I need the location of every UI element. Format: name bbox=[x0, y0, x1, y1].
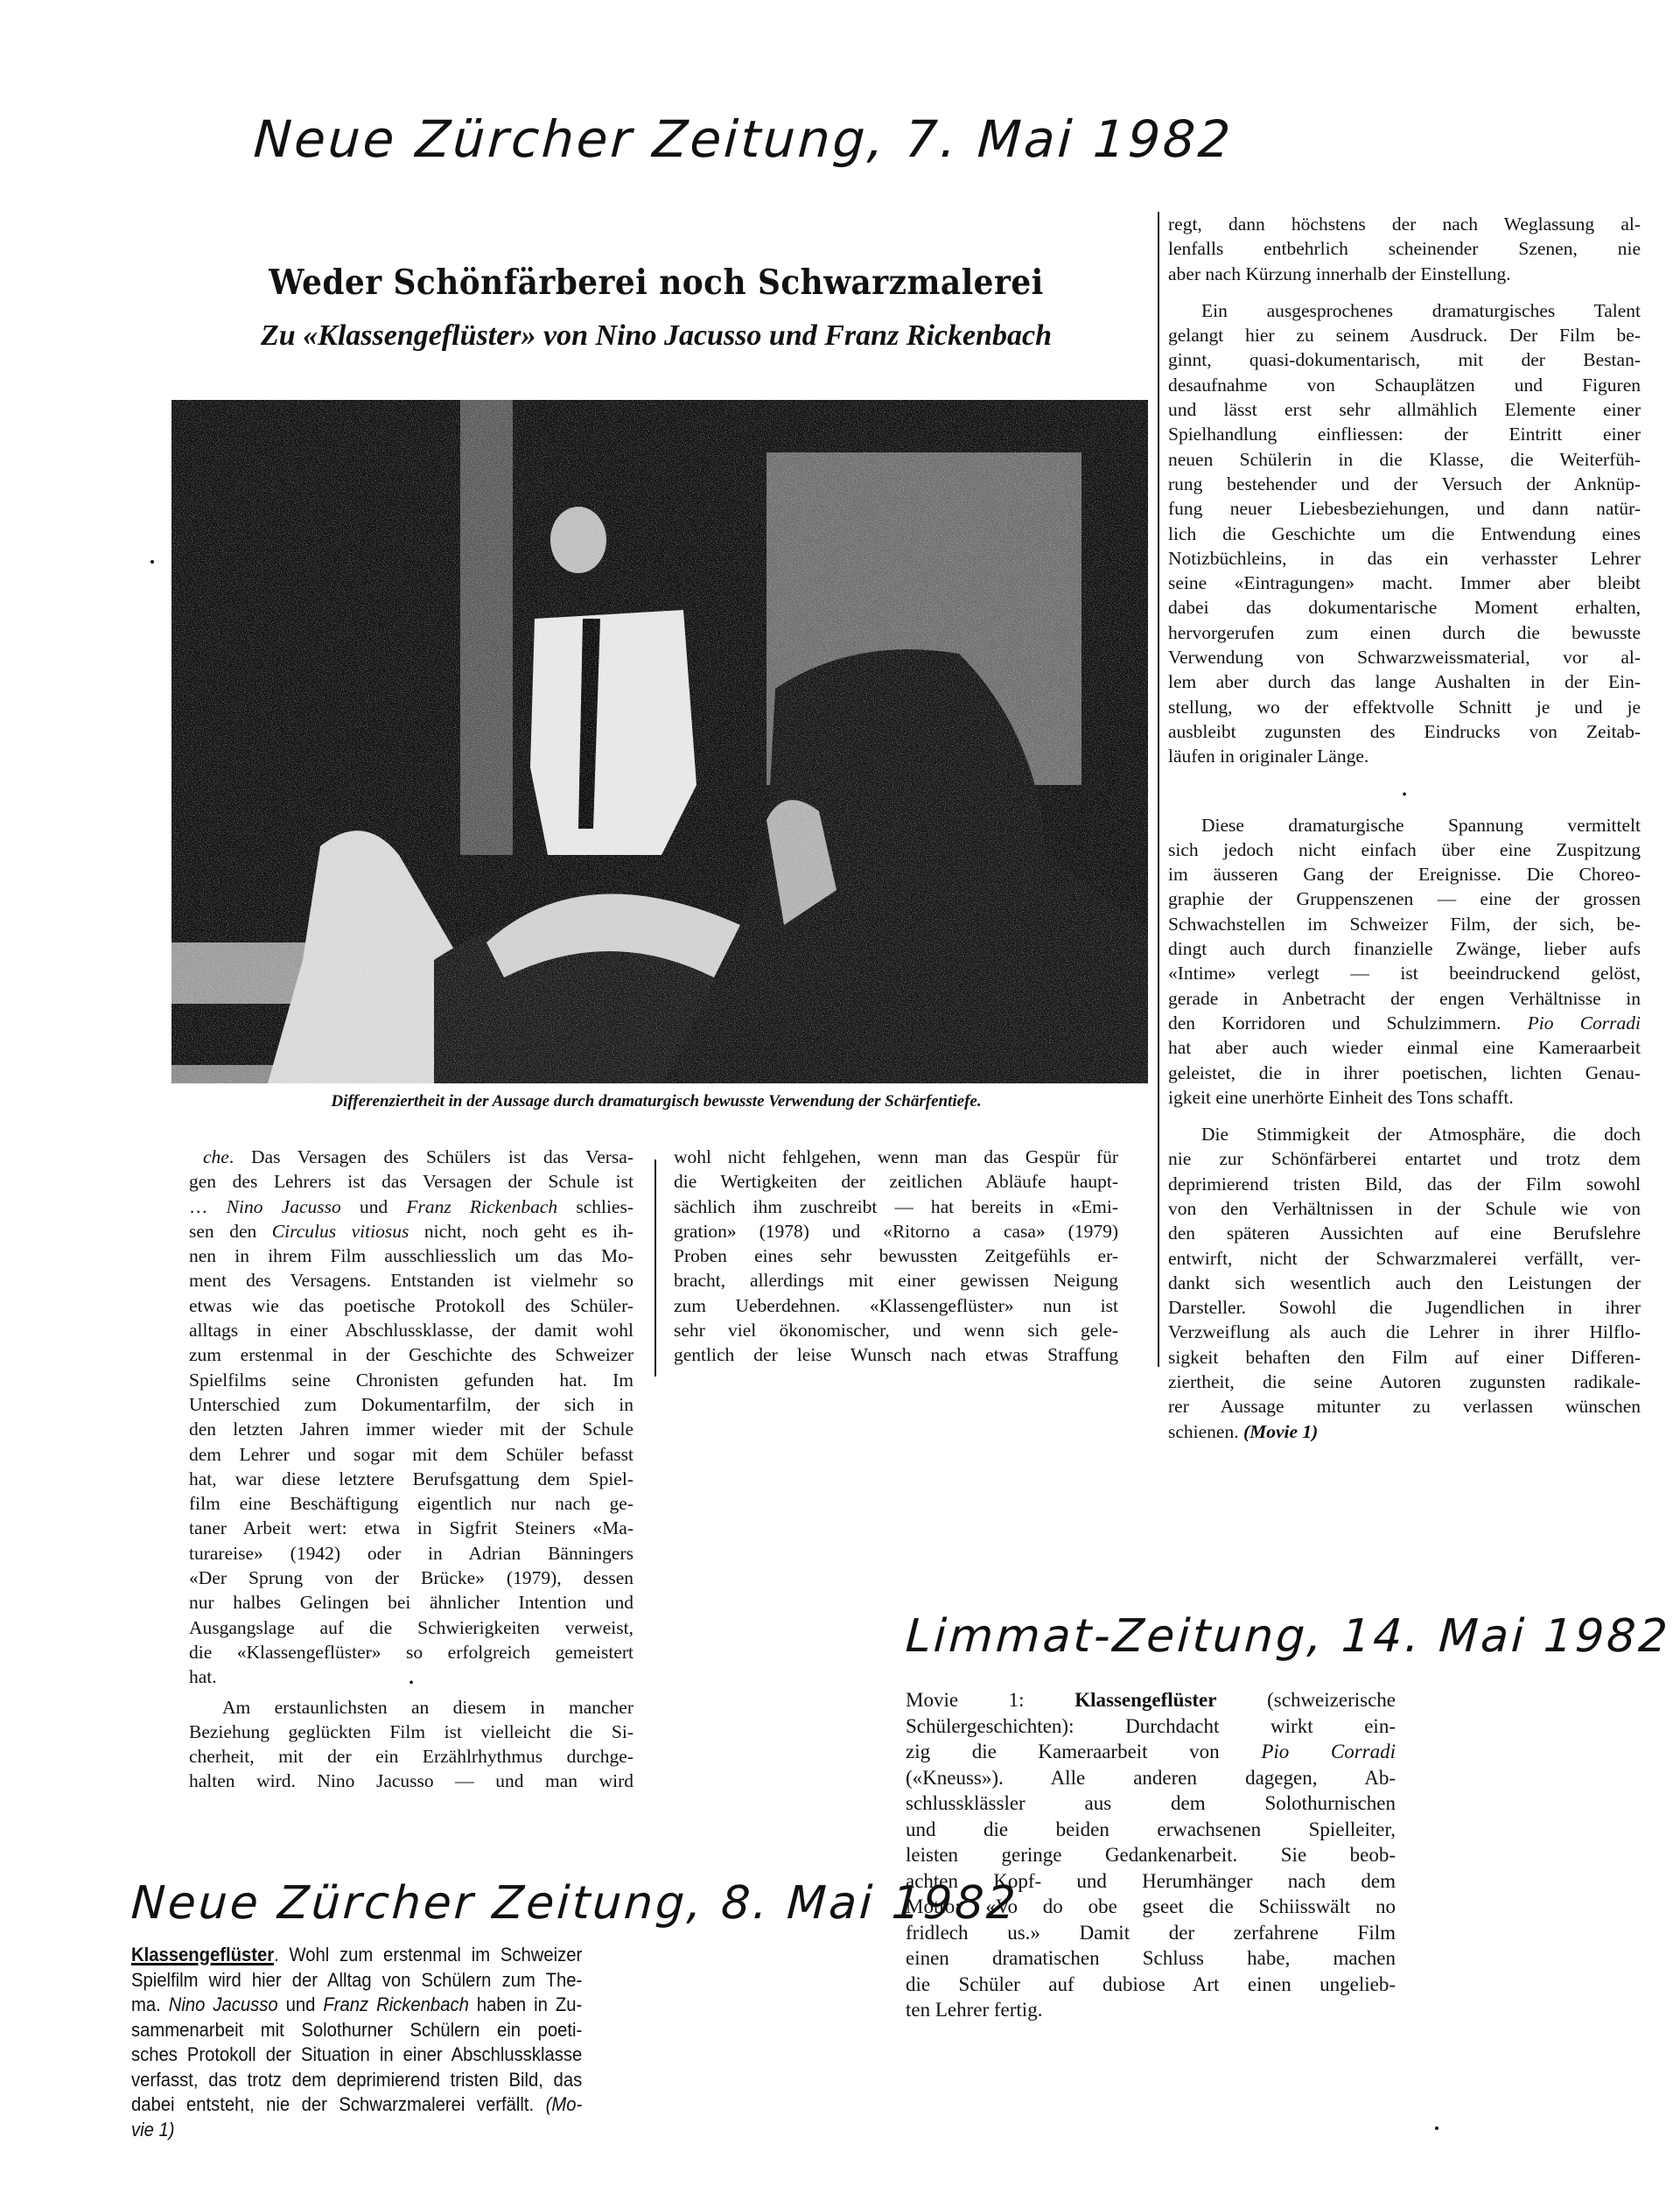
handwritten-source-nzz-may7: Neue Zürcher Zeitung, 7. Mai 1982 bbox=[252, 109, 1234, 169]
text-line: regt, dann höchstens der nach Weglassung… bbox=[1168, 212, 1641, 236]
text-line: graphie der Gruppenszenen — eine der gro… bbox=[1168, 886, 1641, 911]
article-column-right: regt, dann höchstens der nach Weglassung… bbox=[1168, 212, 1641, 1444]
text-line: neuen Schülerin in die Klasse, die Weite… bbox=[1168, 447, 1641, 472]
photo-illustration bbox=[171, 400, 1148, 1083]
text-line: halten wird. Nino Jacusso — und man wird bbox=[189, 1769, 633, 1793]
left-paragraph-2: Am erstaunlichsten an diesem in mancher … bbox=[189, 1695, 633, 1794]
right-paragraph-2: Ein ausgesprochenes dramaturgisches Tale… bbox=[1168, 298, 1641, 769]
text-line: … Nino Jacusso und Franz Rickenbach schl… bbox=[189, 1195, 633, 1219]
text-line: film eine Beschäftigung eigentlich nur n… bbox=[189, 1491, 633, 1516]
text-line: lenfalls entbehrlich scheinender Szenen,… bbox=[1168, 236, 1641, 261]
article-column-middle: wohl nicht fehlgehen, wenn man das Gespü… bbox=[674, 1145, 1118, 1368]
text-line: nur halbes Gelingen bei ähnlicher Intent… bbox=[189, 1590, 633, 1615]
text-line: die Wertigkeiten der zeitlichen Abläufe … bbox=[674, 1169, 1118, 1194]
text-line: die «Klassengeflüster» so erfolgreich ge… bbox=[189, 1640, 633, 1664]
text-line: den späteren Aussichten auf eine Berufsl… bbox=[1168, 1221, 1641, 1245]
text-line: taner Arbeit wert: etwa in Sigfrit Stein… bbox=[189, 1516, 633, 1540]
text-line: igkeit eine unerhörte Einheit des Tons s… bbox=[1168, 1085, 1641, 1110]
text-line: schienen. (Movie 1) bbox=[1168, 1419, 1641, 1444]
text-line: etwas wie das poetische Protokoll des Sc… bbox=[189, 1293, 633, 1318]
text-line: gelangt hier zu seinem Ausdruck. Der Fil… bbox=[1168, 323, 1641, 347]
left-paragraph-1: che. Das Versagen des Schülers ist das V… bbox=[189, 1145, 633, 1690]
text-line: gentlich der leise Wunsch nach etwas Str… bbox=[674, 1342, 1118, 1367]
text-line: Ein ausgesprochenes dramaturgisches Tale… bbox=[1168, 298, 1641, 323]
text-line: Verwendung von Schwarzweissmaterial, vor… bbox=[1168, 645, 1641, 669]
text-line: dabei entsteht, nie der Schwarzmalerei v… bbox=[131, 2092, 582, 2118]
text-line: cherheit, mit der ein Erzählrhythmus dur… bbox=[189, 1744, 633, 1769]
text-line: Spielhandlung einfliessen: der Eintritt … bbox=[1168, 422, 1641, 446]
text-line: achten Kopf- und Herumhänger nach dem bbox=[906, 1868, 1396, 1895]
text-line: von den Verhältnissen in der Schule wie … bbox=[1168, 1196, 1641, 1221]
person-name: Pio Corradi bbox=[1261, 1741, 1396, 1762]
text-line: fung neuer Liebesbeziehungen, und dann n… bbox=[1168, 496, 1641, 521]
text-line: hat aber auch wieder einmal eine Kameraa… bbox=[1168, 1035, 1641, 1060]
text-line: dabei das dokumentarische Moment erhalte… bbox=[1168, 595, 1641, 620]
text-line: wohl nicht fehlgehen, wenn man das Gespü… bbox=[674, 1145, 1118, 1169]
text-line: läufen in originaler Länge. bbox=[1168, 744, 1641, 768]
text-line: vie 1) bbox=[131, 2118, 582, 2143]
text-line: einen dramatischen Schluss habe, machen bbox=[906, 1945, 1396, 1972]
text-line: ment des Versagens. Entstanden ist vielm… bbox=[189, 1268, 633, 1293]
text-line: seine «Eintragungen» macht. Immer aber b… bbox=[1168, 571, 1641, 595]
text-line: Diese dramaturgische Spannung vermittelt bbox=[1168, 813, 1641, 837]
text-line: Ausgangslage auf die Schwierigkeiten ver… bbox=[189, 1615, 633, 1640]
text-line: alltags in einer Abschlussklasse, der da… bbox=[189, 1318, 633, 1342]
text-line: sches Protokoll der Situation in einer A… bbox=[131, 2042, 582, 2068]
text-line: schlussklässler aus dem Solothurnischen bbox=[906, 1790, 1396, 1817]
column-rule-right bbox=[1158, 212, 1159, 1367]
text-line: gen des Lehrers ist das Versagen der Sch… bbox=[189, 1169, 633, 1194]
text-line: sehr viel ökonomischer, und wenn sich ge… bbox=[674, 1318, 1118, 1342]
text-line: Darsteller. Sowohl die Jugendlichen in i… bbox=[1168, 1295, 1641, 1320]
print-speck bbox=[150, 560, 154, 564]
text-line: den Korridoren und Schulzimmern. Pio Cor… bbox=[1168, 1011, 1641, 1035]
text-line: Unterschied zum Dokumentarfilm, der sich… bbox=[189, 1392, 633, 1417]
text-line: ma. Nino Jacusso und Franz Rickenbach ha… bbox=[131, 1993, 582, 2018]
text-line: Verzweiflung als auch die Lehrer in ihre… bbox=[1168, 1320, 1641, 1344]
text-line: ten Lehrer fertig. bbox=[906, 1997, 1396, 2023]
text-line: sammenarbeit mit Solothurner Schülern ei… bbox=[131, 2018, 582, 2043]
text-line: Schwachstellen im Schweizer Film, der si… bbox=[1168, 912, 1641, 936]
text-line: dingt auch durch finanzielle Zwänge, lie… bbox=[1168, 936, 1641, 961]
text-line: dem Lehrer und sogar mit dem Schüler bef… bbox=[189, 1442, 633, 1467]
handwritten-source-limmat-may14: Limmat-Zeitung, 14. Mai 1982 bbox=[904, 1610, 1671, 1663]
text-line: desaufnahme von Schauplätzen und Figuren bbox=[1168, 373, 1641, 397]
text-line: Movie 1: Klassengeflüster (schweizerisch… bbox=[906, 1687, 1396, 1713]
source-credit: (Movie 1) bbox=[1243, 1421, 1318, 1442]
text-line: zig die Kameraarbeit von Pio Corradi bbox=[906, 1739, 1396, 1765]
text-line: aber nach Kürzung innerhalb der Einstell… bbox=[1168, 262, 1641, 286]
text-line: bracht, allerdings mit einer gewissen Ne… bbox=[674, 1268, 1118, 1293]
text-line: Am erstaunlichsten an diesem in mancher bbox=[189, 1695, 633, 1720]
text-line: «Intime» verlegt — ist beeindruckend gel… bbox=[1168, 961, 1641, 985]
text-line: fridlech us.» Damit der zerfahrene Film bbox=[906, 1920, 1396, 1946]
nzz-short-review: Klassengeflüster. Wohl zum erstenmal im … bbox=[131, 1943, 582, 2142]
text-line: gerade in Anbetracht der engen Verhältni… bbox=[1168, 986, 1641, 1011]
right-paragraph-1: regt, dann höchstens der nach Weglassung… bbox=[1168, 212, 1641, 286]
text-line: Beziehung geglückten Film ist vielleicht… bbox=[189, 1720, 633, 1744]
text-line: deprimierend tristen Bild, das der Film … bbox=[1168, 1172, 1641, 1196]
text-line: zum Ueberdehnen. «Klassengeflüster» nun … bbox=[674, 1293, 1118, 1318]
text-line: rung bestehender und der Versuch der Ank… bbox=[1168, 472, 1641, 496]
text-line: Klassengeflüster. Wohl zum erstenmal im … bbox=[131, 1943, 582, 1968]
middle-paragraph: wohl nicht fehlgehen, wenn man das Gespü… bbox=[674, 1145, 1118, 1368]
text-line: nen in ihrem Film ausschliesslich um das… bbox=[189, 1244, 633, 1268]
column-rule-middle bbox=[654, 1160, 656, 1377]
text-line: sen den Circulus vitiosus nicht, noch ge… bbox=[189, 1219, 633, 1244]
text-line: «Der Sprung von der Brücke» (1979), dess… bbox=[189, 1566, 633, 1590]
limmat-zeitung-review: Movie 1: Klassengeflüster (schweizerisch… bbox=[906, 1687, 1396, 2023]
text-line: im äusseren Gang der Ereignisse. Die Cho… bbox=[1168, 862, 1641, 886]
text-line: hat, war diese letztere Berufsgattung de… bbox=[189, 1467, 633, 1491]
source-credit: (Mo- bbox=[546, 2093, 583, 2115]
text-line: Die Stimmigkeit der Atmosphäre, die doch bbox=[1168, 1122, 1641, 1146]
text-line: und die beiden erwachsenen Spielleiter, bbox=[906, 1817, 1396, 1843]
text-line: leisten geringe Gedankenarbeit. Sie beob… bbox=[906, 1842, 1396, 1868]
text-line: sächlich ihm zuschreibt — hat bereits in… bbox=[674, 1195, 1118, 1219]
text-line: Schülergeschichten): Durchdacht wirkt ei… bbox=[906, 1713, 1396, 1740]
text-line: Proben eines sehr bewussten Zeitgefühls … bbox=[674, 1244, 1118, 1268]
text-line: zum erstenmal in der Geschichte des Schw… bbox=[189, 1342, 633, 1367]
text-line: ziertheit, die seine Autoren zugunsten r… bbox=[1168, 1370, 1641, 1394]
handwritten-source-nzz-may8: Neue Zürcher Zeitung, 8. Mai 1982 bbox=[129, 1877, 1019, 1930]
text-line: Motto: «Vo do obe gseet die Schiisswält … bbox=[906, 1894, 1396, 1920]
text-line: ausbleibt zugunsten des Eindrucks von Ze… bbox=[1168, 719, 1641, 744]
text-line: rer Aussage mitunter zu verlassen wünsch… bbox=[1168, 1394, 1641, 1419]
text-line: sigkeit behaften den Film auf einer Diff… bbox=[1168, 1345, 1641, 1370]
text-line: che. Das Versagen des Schülers ist das V… bbox=[189, 1145, 633, 1169]
text-line: Notizbüchleins, in das ein verhasster Le… bbox=[1168, 546, 1641, 571]
text-line: hervorgerufen zum einen durch die bewuss… bbox=[1168, 620, 1641, 645]
text-line: gration» (1978) und «Ritorno a casa» (19… bbox=[674, 1219, 1118, 1244]
text-line: und lässt erst sehr allmählich Elemente … bbox=[1168, 397, 1641, 422]
text-line: lich die Geschichte um die Entwendung ei… bbox=[1168, 522, 1641, 546]
text-line: lem aber durch das lange Aushalten in de… bbox=[1168, 669, 1641, 694]
text-line: die Schüler auf dubiose Art einen ungeli… bbox=[906, 1972, 1396, 1998]
film-still-photo bbox=[171, 400, 1148, 1083]
text-line: dankt sich wesentlich auch den Leistunge… bbox=[1168, 1271, 1641, 1295]
text-line: ginnt, quasi-dokumentarisch, mit der Bes… bbox=[1168, 347, 1641, 372]
photo-caption: Differenziertheit in der Aussage durch d… bbox=[175, 1092, 1137, 1111]
article-headline: Weder Schönfärberei noch Schwarzmalerei bbox=[213, 263, 1099, 303]
print-speck bbox=[1435, 2126, 1438, 2130]
text-line: geleistet, die in ihrer poetischen, lich… bbox=[1168, 1061, 1641, 1085]
section-separator-dot: • bbox=[189, 1672, 633, 1695]
person-name: Pio Corradi bbox=[1528, 1012, 1641, 1033]
text-line: turareise» (1942) oder in Adrian Bänning… bbox=[189, 1541, 633, 1566]
article-subheadline: Zu «Klassengeflüster» von Nino Jacusso u… bbox=[175, 319, 1137, 353]
text-line: den letzten Jahren immer wieder mit der … bbox=[189, 1417, 633, 1441]
text-line: nie zur Schönfärberei entartet und trotz… bbox=[1168, 1146, 1641, 1171]
film-title: Klassengeflüster bbox=[1074, 1689, 1216, 1711]
right-paragraph-4: Die Stimmigkeit der Atmosphäre, die doch… bbox=[1168, 1122, 1641, 1444]
text-line: entwirft, nicht der Schwarzmalerei verfä… bbox=[1168, 1246, 1641, 1271]
text-line: stellung, wo der effektvolle Schnitt je … bbox=[1168, 695, 1641, 719]
text-line: Spielfilms seine Chronisten gefunden hat… bbox=[189, 1368, 633, 1392]
section-separator-dot: • bbox=[1168, 769, 1641, 813]
text-line: verfasst, das trotz dem deprimierend tri… bbox=[131, 2068, 582, 2093]
text-line: Spielfilm wird hier der Alltag von Schül… bbox=[131, 1968, 582, 1993]
text-line: («Kneuss»). Alle anderen dagegen, Ab- bbox=[906, 1765, 1396, 1791]
article-column-left: che. Das Versagen des Schülers ist das V… bbox=[189, 1145, 633, 1794]
text-line: sich jedoch nicht einfach über eine Zusp… bbox=[1168, 837, 1641, 862]
right-paragraph-3: Diese dramaturgische Spannung vermittelt… bbox=[1168, 813, 1641, 1111]
film-title: Klassengeflüster bbox=[131, 1944, 274, 1965]
source-credit: vie 1) bbox=[131, 2119, 174, 2140]
